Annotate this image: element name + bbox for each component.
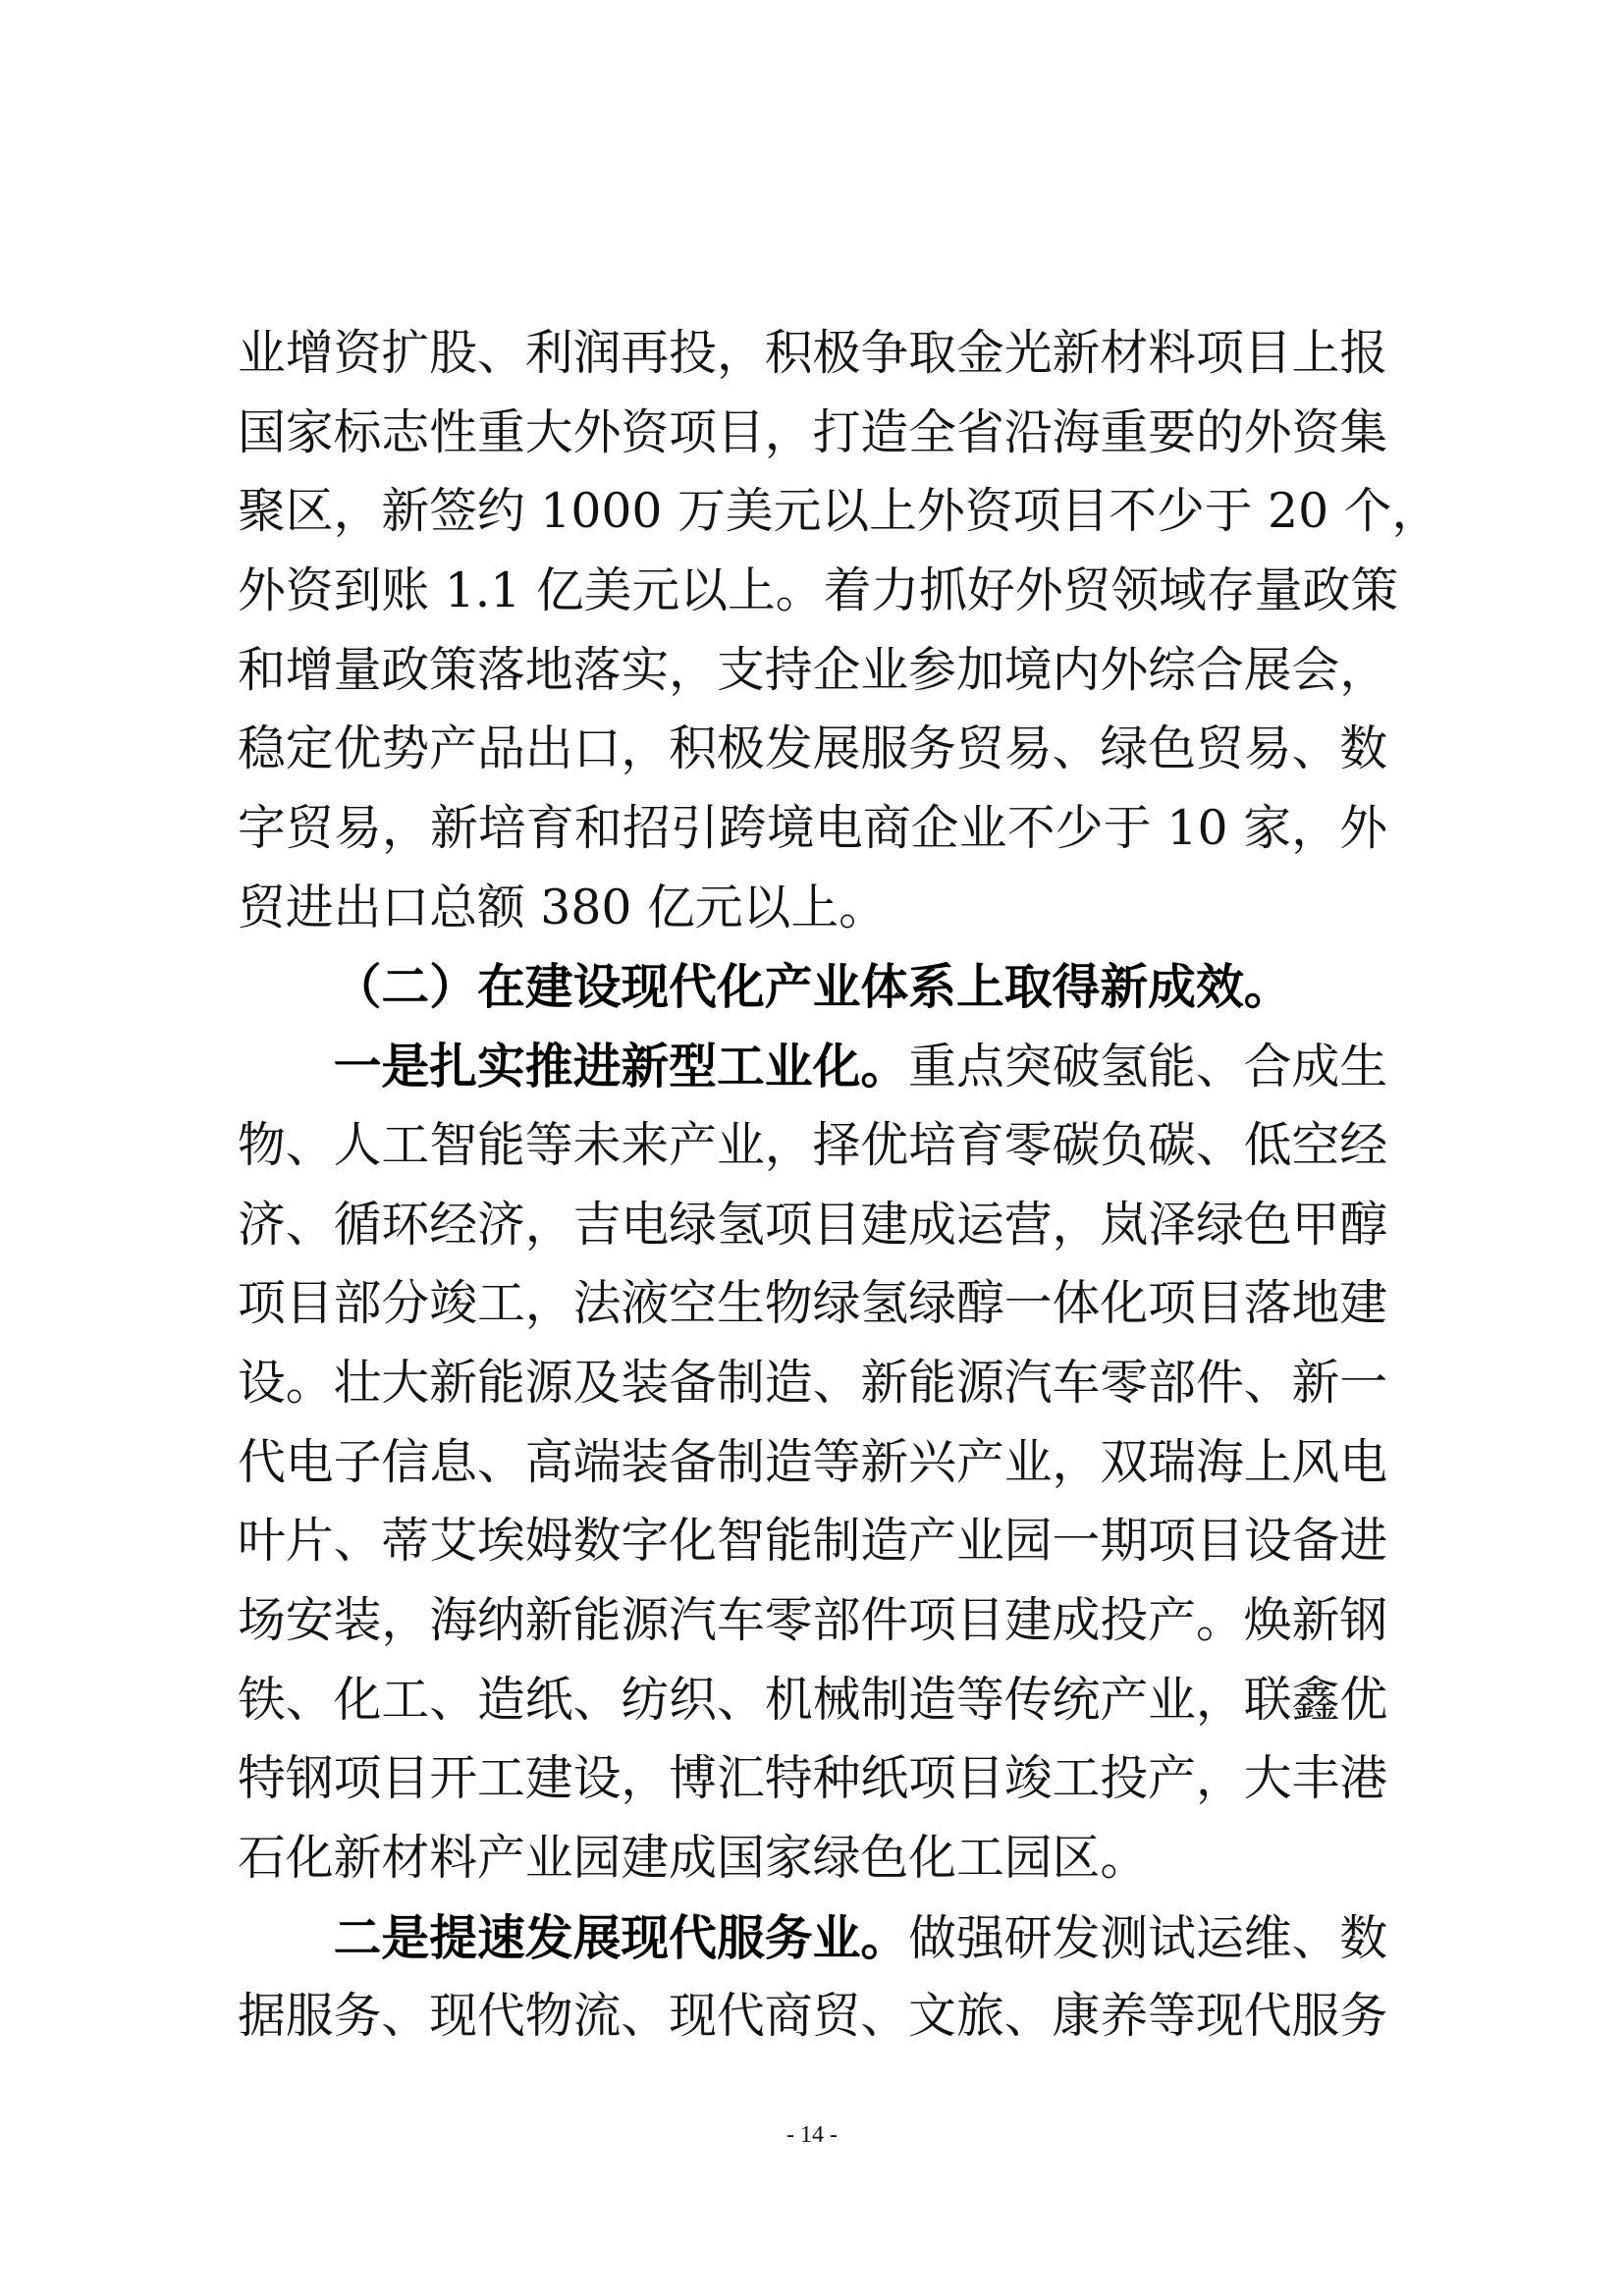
text-line: 代电子信息、高端装备制造等新兴产业，双瑞海上风电 [238,1423,1387,1503]
document-page: 业增资扩股、利润再投，积极争取金光新材料项目上报 国家标志性重大外资项目，打造全… [0,0,1624,2296]
text-line: 国家标志性重大外资项目，打造全省沿海重要的外资集 [238,394,1387,473]
paragraph-first-line: 二是提速发展现代服务业。做强研发测试运维、数 [238,1898,1387,1978]
text-line: 铁、化工、造纸、纺织、机械制造等传统产业，联鑫优 [238,1661,1387,1740]
text-line: 石化新材料产业园建成国家绿色化工园区。 [238,1819,1387,1898]
text-line: 业增资扩股、利润再投，积极争取金光新材料项目上报 [238,314,1387,394]
text-line: 字贸易，新培育和招引跨境电商企业不少于 10 家，外 [238,789,1387,869]
body-text: 业增资扩股、利润再投，积极争取金光新材料项目上报 国家标志性重大外资项目，打造全… [238,314,1387,2056]
text-line: 设。壮大新能源及装备制造、新能源汽车零部件、新一 [238,1344,1387,1423]
paragraph-text: 做强研发测试运维、数 [908,1910,1387,1966]
text-line: 稳定优势产品出口，积极发展服务贸易、绿色贸易、数 [238,710,1387,789]
text-line: 场安装，海纳新能源汽车零部件项目建成投产。焕新钢 [238,1581,1387,1661]
section-heading: （二）在建设现代化产业体系上取得新成效。 [238,948,1387,1028]
text-line: 外资到账 1.1 亿美元以上。着力抓好外贸领域存量政策 [238,552,1387,631]
text-line: 贸进出口总额 380 亿元以上。 [238,869,1387,948]
paragraph-first-line: 一是扎实推进新型工业化。重点突破氢能、合成生 [238,1027,1387,1106]
text-line: 济、循环经济，吉电绿氢项目建成运营，岚泽绿色甲醇 [238,1186,1387,1265]
text-line: 聚区，新签约 1000 万美元以上外资项目不少于 20 个， [238,472,1387,552]
page-number: - 14 - [0,2122,1624,2149]
text-line: 和增量政策落地落实，支持企业参加境内外综合展会， [238,631,1387,711]
text-line: 叶片、蒂艾埃姆数字化智能制造产业园一期项目设备进 [238,1502,1387,1581]
text-line: 项目部分竣工，法液空生物绿氢绿醇一体化项目落地建 [238,1264,1387,1344]
paragraph-text: 重点突破氢能、合成生 [908,1039,1387,1095]
text-line: 特钢项目开工建设，博汇特种纸项目竣工投产，大丰港 [238,1739,1387,1819]
paragraph-lead: 一是扎实推进新型工业化。 [334,1038,909,1095]
text-line: 物、人工智能等未来产业，择优培育零碳负碳、低空经 [238,1106,1387,1186]
paragraph-lead: 二是提速发展现代服务业。 [334,1909,909,1966]
text-line: 据服务、现代物流、现代商贸、文旅、康养等现代服务 [238,1977,1387,2056]
